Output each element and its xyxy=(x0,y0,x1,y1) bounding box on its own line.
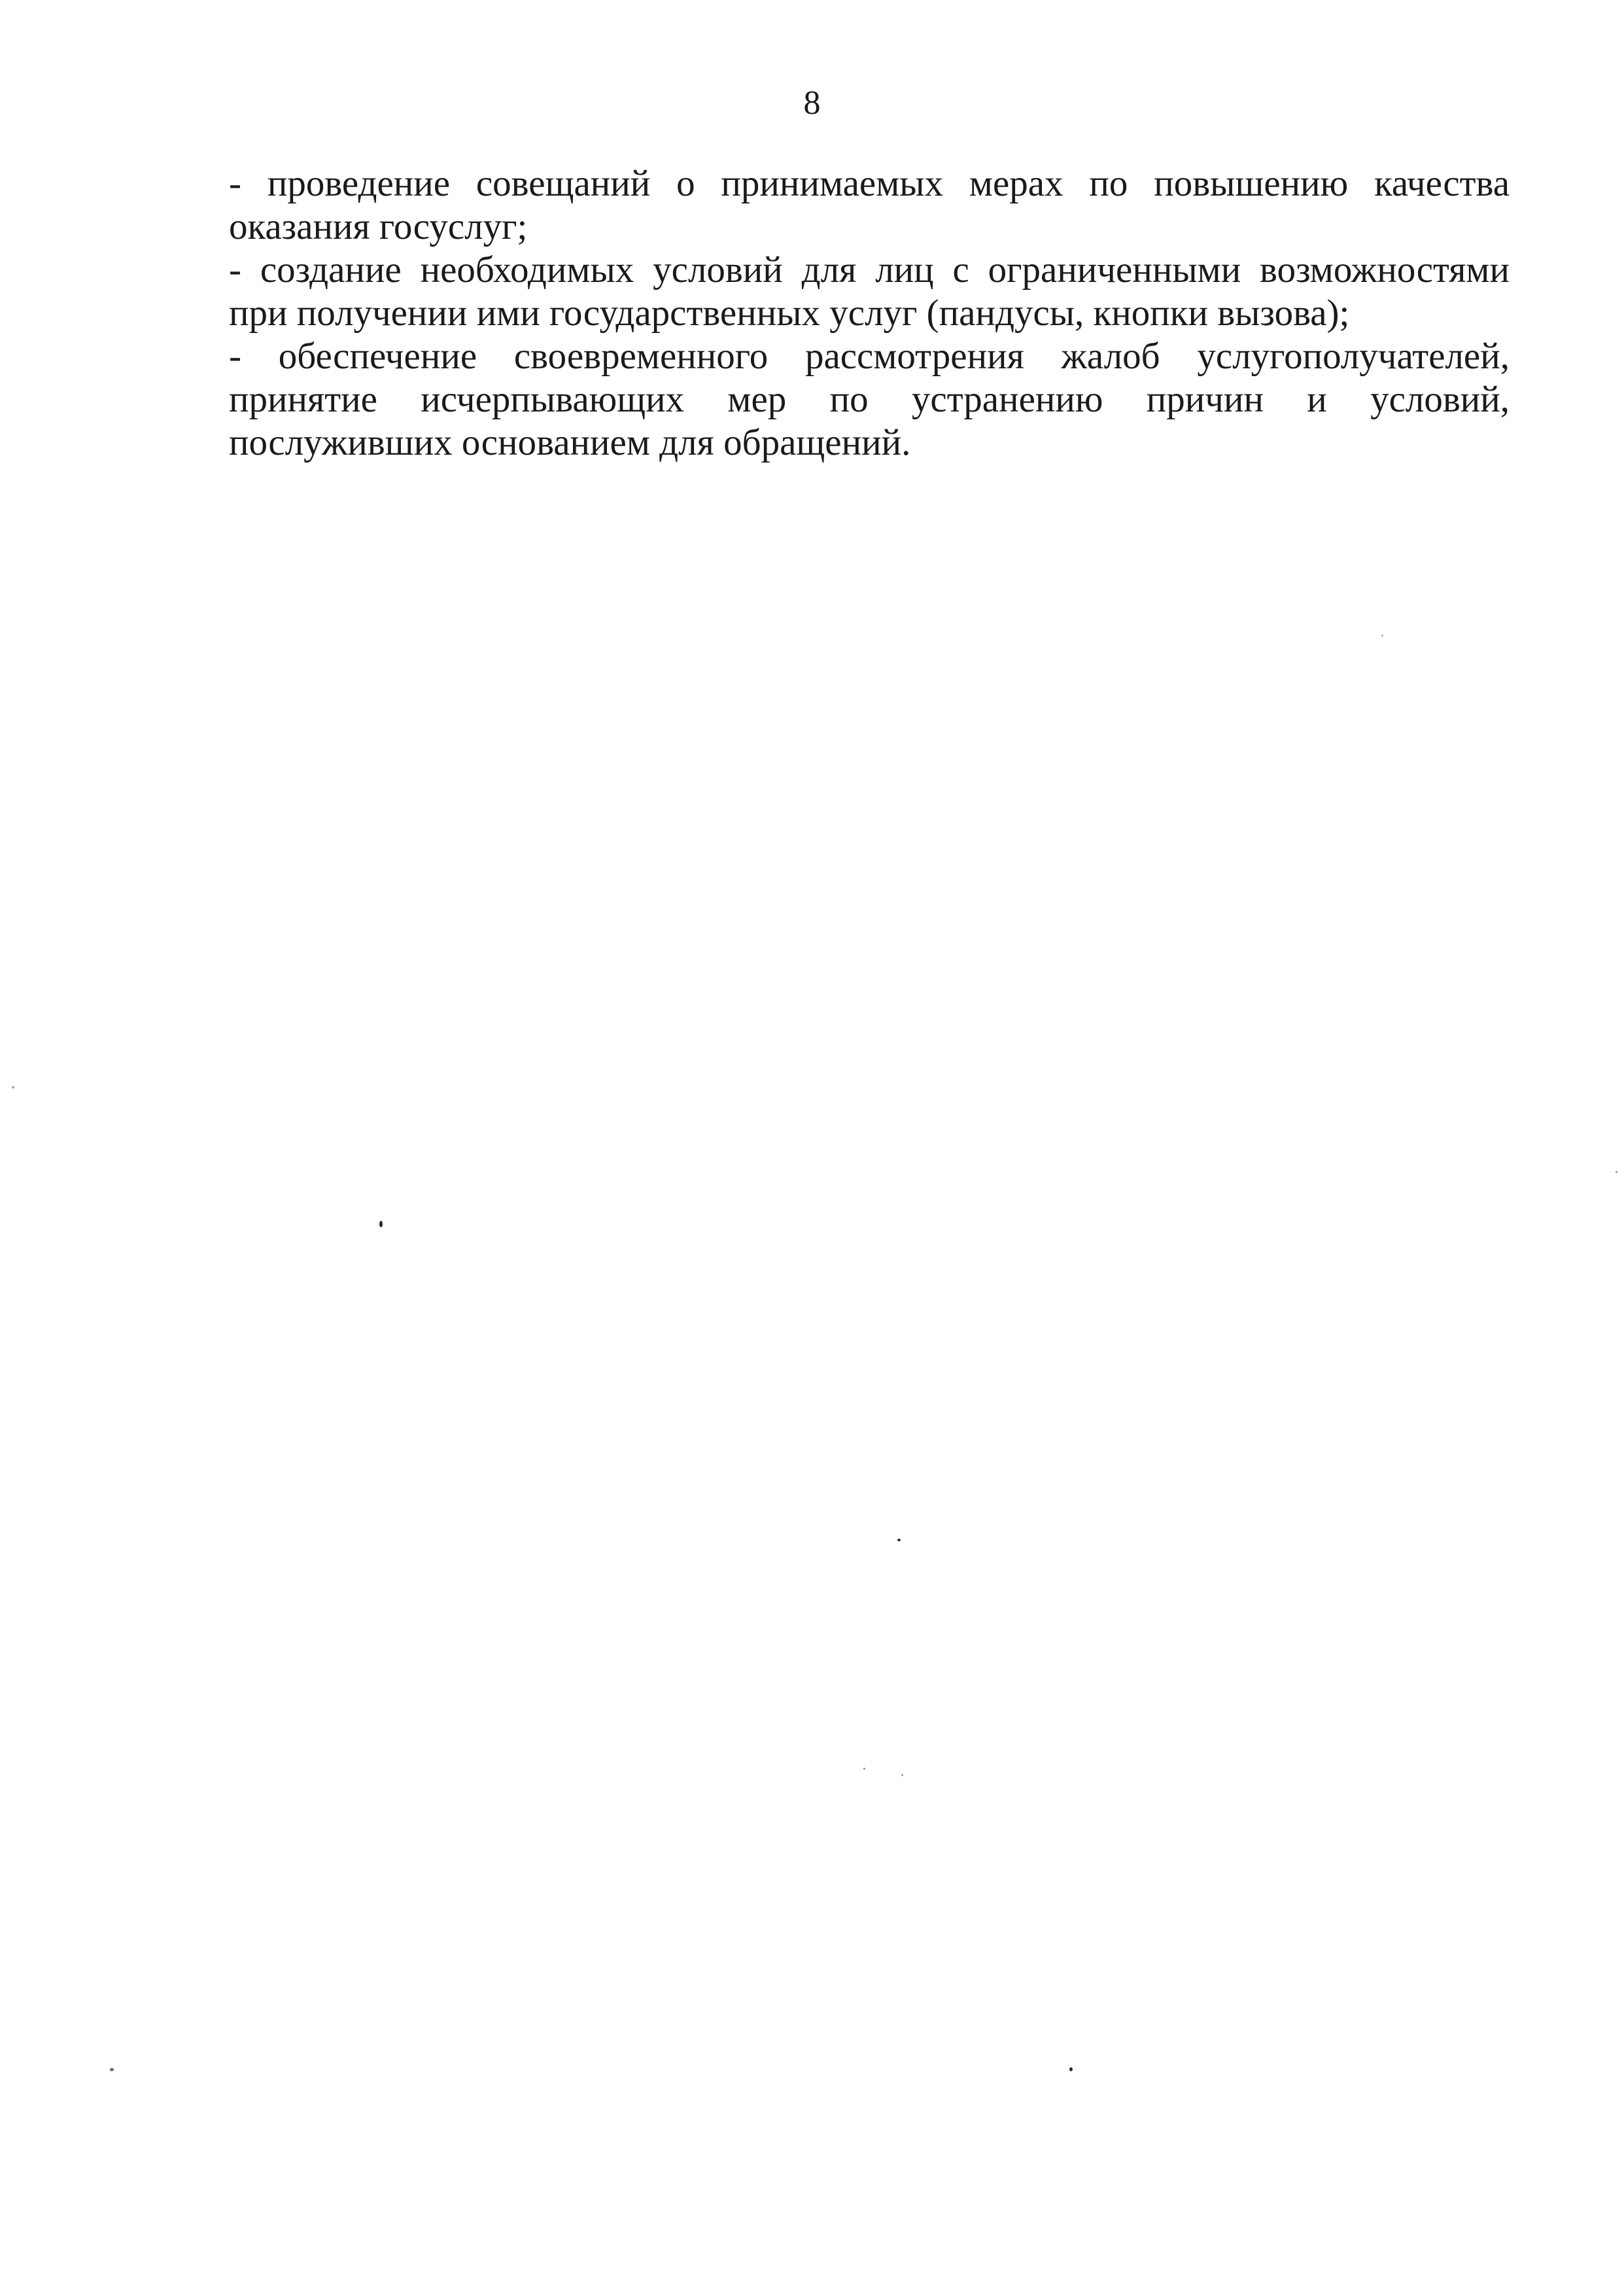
scan-speck xyxy=(1069,2067,1073,2071)
scan-speck xyxy=(110,2068,114,2071)
scan-speck xyxy=(901,1774,903,1776)
scan-speck xyxy=(1615,1171,1617,1173)
text-line: при получении ими государственных услуг … xyxy=(229,292,1510,335)
body-text: - проведение совещаний о принимаемых мер… xyxy=(229,162,1510,464)
text-line: - проведение совещаний о принимаемых мер… xyxy=(229,162,1510,205)
text-line: послуживших основанием для обращений. xyxy=(229,421,1510,464)
text-line: - создание необходимых условий для лиц с… xyxy=(229,249,1510,292)
text-line: - обеспечение своевременного рассмотрени… xyxy=(229,335,1510,378)
page-number: 8 xyxy=(0,84,1624,123)
scan-speck xyxy=(379,1221,383,1227)
text-line: принятие исчерпывающих мер по устранению… xyxy=(229,378,1510,421)
scan-speck xyxy=(863,1768,865,1770)
text-line: оказания госуслуг; xyxy=(229,205,1510,249)
scan-speck xyxy=(12,1086,14,1089)
scan-speck xyxy=(1381,635,1383,637)
scan-speck xyxy=(897,1539,901,1541)
